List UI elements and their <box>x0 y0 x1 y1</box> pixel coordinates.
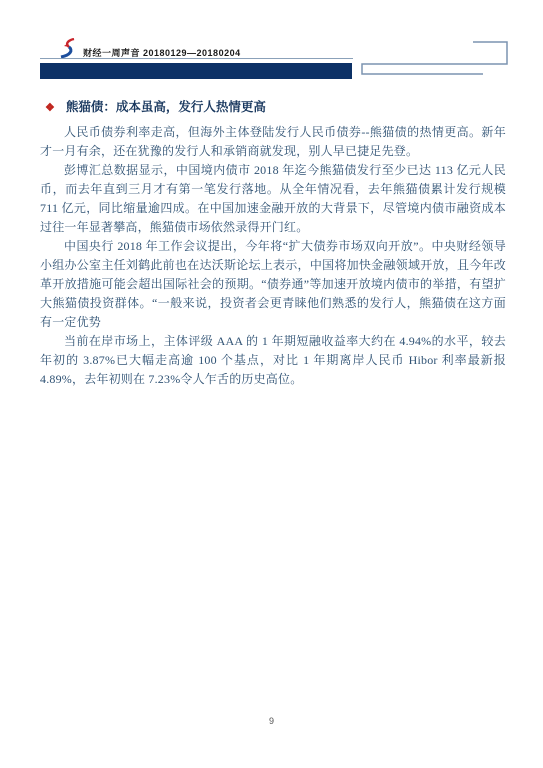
header-decoration-outline <box>0 0 543 100</box>
paragraph-3: 中国央行 2018 年工作会议提出，今年将“扩大债券市场双向开放”。中央财经领导… <box>40 237 506 332</box>
diamond-bullet-icon: ❖ <box>40 103 55 114</box>
document-page: 财经一周声音 20180129—20180204 ❖ 熊猫债：成本虽高，发行人热… <box>0 0 543 768</box>
paragraph-2: 彭博汇总数据显示，中国境内债市 2018 年迄今熊猫债发行至少已达 113 亿元… <box>40 161 506 237</box>
paragraph-1: 人民币债券利率走高，但海外主体登陆发行人民币债券--熊猫债的热情更高。新年才一月… <box>40 123 506 161</box>
header-rule <box>40 58 353 59</box>
page-content: ❖ 熊猫债：成本虽高，发行人热情更高 人民币债券利率走高，但海外主体登陆发行人民… <box>0 97 543 389</box>
section-heading-text: 熊猫债：成本虽高，发行人热情更高 <box>66 97 266 115</box>
page-number: 9 <box>0 716 543 726</box>
brand-s-lightning-logo-icon <box>57 38 79 60</box>
section-heading: ❖ 熊猫债：成本虽高，发行人热情更高 <box>40 97 506 115</box>
header-navy-bar <box>40 63 352 79</box>
paragraph-4: 当前在岸市场上，主体评级 AAA 的 1 年期短融收益率大约在 4.94%的水平… <box>40 332 506 389</box>
